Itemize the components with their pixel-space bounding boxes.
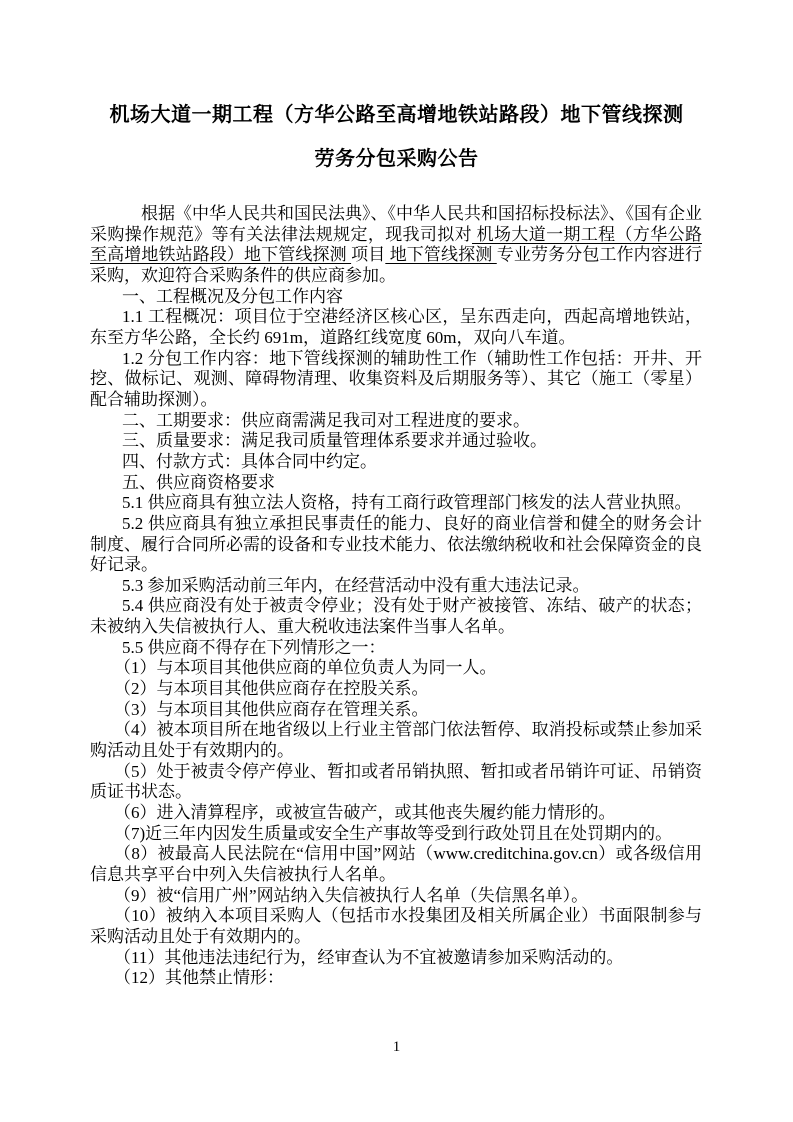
text-segment: 四、付款方式：具体合同中约定。 bbox=[122, 452, 377, 471]
text-segment: （5）处于被责令停产停业、暂扣或者吊销执照、暂扣或者吊销许可证、吊销资质证书状态… bbox=[90, 762, 702, 802]
paragraph: 5.3 参加采购活动前三年内，在经营活动中没有重大违法记录。 bbox=[90, 576, 702, 597]
text-segment: （1）与本项目其他供应商的单位负责人为同一人。 bbox=[114, 658, 497, 677]
text-segment: （9）被“信用广州”网站纳入失信被执行人名单（失信黑名单）。 bbox=[114, 886, 588, 905]
text-segment: （8）被最高人民法院在“信用中国”网站（www.creditchina.gov.… bbox=[90, 844, 702, 884]
paragraph: 5.1 供应商具有独立法人资格，持有工商行政管理部门核发的法人营业执照。 bbox=[90, 493, 702, 514]
paragraph: 四、付款方式：具体合同中约定。 bbox=[90, 452, 702, 473]
text-segment: 项目 bbox=[351, 245, 385, 264]
text-segment: 1.1 工程概况：项目位于空港经济区核心区，呈东西走向，西起高增地铁站，东至方华… bbox=[90, 307, 702, 347]
text-segment: （3）与本项目其他供应商存在管理关系。 bbox=[114, 700, 429, 719]
text-segment: （10）被纳入本项目采购人（包括市水投集团及相关所属企业）书面限制参与采购活动且… bbox=[90, 906, 702, 946]
text-segment: （11）其他违法违纪行为，经审查认为不宜被邀请参加采购活动的。 bbox=[114, 948, 623, 967]
paragraph: （6）进入清算程序，或被宣告破产，或其他丧失履约能力情形的。 bbox=[90, 803, 702, 824]
text-segment: 5.2 供应商具有独立承担民事责任的能力、良好的商业信誉和健全的财务会计制度、履… bbox=[90, 514, 702, 574]
paragraph: （9）被“信用广州”网站纳入失信被执行人名单（失信黑名单）。 bbox=[90, 886, 702, 907]
page-number: 1 bbox=[0, 1038, 793, 1056]
paragraph: 二、工期要求：供应商需满足我司对工程进度的要求。 bbox=[90, 411, 702, 432]
underlined-text: 地下管线探测 bbox=[385, 245, 496, 264]
document-title-line2: 劳务分包采购公告 bbox=[58, 147, 735, 171]
paragraph: （7)近三年内因发生质量或安全生产事故等受到行政处罚且在处罚期内的。 bbox=[90, 824, 702, 845]
paragraph: （12）其他禁止情形： bbox=[90, 968, 702, 989]
paragraph: （2）与本项目其他供应商存在控股关系。 bbox=[90, 679, 702, 700]
paragraph: 三、质量要求：满足我司质量管理体系要求并通过验收。 bbox=[90, 431, 702, 452]
paragraph: 五、供应商资格要求 bbox=[90, 473, 702, 494]
text-segment: （2）与本项目其他供应商存在控股关系。 bbox=[114, 679, 429, 698]
paragraph: 1.1 工程概况：项目位于空港经济区核心区，呈东西走向，西起高增地铁站，东至方华… bbox=[90, 307, 702, 348]
text-segment: （7)近三年内因发生质量或安全生产事故等受到行政处罚且在处罚期内的。 bbox=[114, 824, 672, 843]
paragraph: 一、工程概况及分包工作内容 bbox=[90, 287, 702, 308]
text-segment: 五、供应商资格要求 bbox=[122, 473, 275, 492]
paragraph: （4）被本项目所在地省级以上行业主管部门依法暂停、取消投标或禁止参加采购活动且处… bbox=[90, 720, 702, 761]
document-body: 根据《中华人民共和国民法典》、《中华人民共和国招标投标法》、《国有企业采购操作规… bbox=[90, 204, 702, 989]
document-page: 机场大道一期工程（方华公路至高增地铁站路段）地下管线探测 劳务分包采购公告 根据… bbox=[0, 0, 793, 1122]
document-title-line1: 机场大道一期工程（方华公路至高增地铁站路段）地下管线探测 bbox=[58, 103, 735, 127]
text-segment: 三、质量要求：满足我司质量管理体系要求并通过验收。 bbox=[122, 431, 547, 450]
text-segment: （4）被本项目所在地省级以上行业主管部门依法暂停、取消投标或禁止参加采购活动且处… bbox=[90, 720, 702, 760]
text-segment: 二、工期要求：供应商需满足我司对工程进度的要求。 bbox=[122, 411, 530, 430]
text-segment: 5.1 供应商具有独立法人资格，持有工商行政管理部门核发的法人营业执照。 bbox=[122, 493, 692, 512]
text-segment: 一、工程概况及分包工作内容 bbox=[122, 287, 343, 306]
paragraph: （1）与本项目其他供应商的单位负责人为同一人。 bbox=[90, 658, 702, 679]
paragraph: （8）被最高人民法院在“信用中国”网站（www.creditchina.gov.… bbox=[90, 844, 702, 885]
paragraph: 5.4 供应商没有处于被责令停业；没有处于财产被接管、冻结、破产的状态；未被纳入… bbox=[90, 596, 702, 637]
paragraph: （10）被纳入本项目采购人（包括市水投集团及相关所属企业）书面限制参与采购活动且… bbox=[90, 906, 702, 947]
text-segment: 5.5 供应商不得存在下列情形之一： bbox=[122, 638, 386, 657]
paragraph: 根据《中华人民共和国民法典》、《中华人民共和国招标投标法》、《国有企业采购操作规… bbox=[90, 204, 702, 287]
paragraph: （5）处于被责令停产停业、暂扣或者吊销执照、暂扣或者吊销许可证、吊销资质证书状态… bbox=[90, 762, 702, 803]
text-segment: 1.2 分包工作内容：地下管线探测的辅助性工作（辅助性工作包括：开井、开挖、做标… bbox=[90, 349, 702, 409]
text-segment: （12）其他禁止情形： bbox=[114, 968, 284, 987]
document-title: 机场大道一期工程（方华公路至高增地铁站路段）地下管线探测 劳务分包采购公告 bbox=[58, 0, 735, 171]
text-segment: 5.4 供应商没有处于被责令停业；没有处于财产被接管、冻结、破产的状态；未被纳入… bbox=[90, 596, 702, 636]
paragraph: （11）其他违法违纪行为，经审查认为不宜被邀请参加采购活动的。 bbox=[90, 948, 702, 969]
paragraph: 1.2 分包工作内容：地下管线探测的辅助性工作（辅助性工作包括：开井、开挖、做标… bbox=[90, 349, 702, 411]
text-segment: 5.3 参加采购活动前三年内，在经营活动中没有重大违法记录。 bbox=[122, 576, 590, 595]
paragraph: 5.2 供应商具有独立承担民事责任的能力、良好的商业信誉和健全的财务会计制度、履… bbox=[90, 514, 702, 576]
paragraph: 5.5 供应商不得存在下列情形之一： bbox=[90, 638, 702, 659]
paragraph: （3）与本项目其他供应商存在管理关系。 bbox=[90, 700, 702, 721]
text-segment: （6）进入清算程序，或被宣告破产，或其他丧失履约能力情形的。 bbox=[114, 803, 616, 822]
